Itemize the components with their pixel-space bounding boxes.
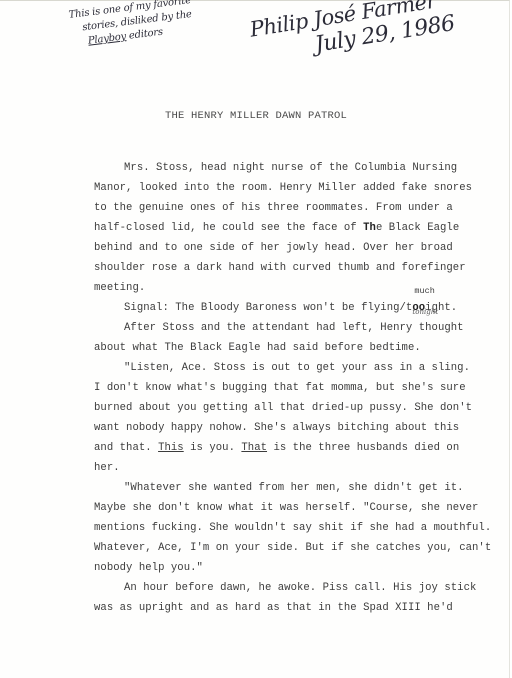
text-fragment: half-closed lid, he could see the face o… bbox=[94, 222, 363, 234]
text-line: An hour before dawn, he awoke. Piss call… bbox=[94, 578, 464, 598]
inserted-word: much bbox=[414, 287, 435, 296]
underlined-text: This bbox=[158, 442, 184, 454]
text-fragment: e Black Eagle bbox=[376, 222, 459, 234]
underlined-text: That bbox=[241, 442, 267, 454]
text-line: I don't know what's bugging that fat mom… bbox=[94, 378, 464, 398]
text-line: shoulder rose a dark hand with curved th… bbox=[94, 258, 464, 278]
text-fragment: and that. bbox=[94, 442, 158, 454]
story-body: Mrs. Stoss, head night nurse of the Colu… bbox=[94, 158, 464, 618]
author-signature: Philip José Farmer July 29, 1986 bbox=[248, 0, 457, 68]
document-page: This is one of my favorite stories, disl… bbox=[0, 0, 510, 678]
story-title: THE HENRY MILLER DAWN PATROL bbox=[0, 110, 512, 122]
text-line: about what The Black Eagle had said befo… bbox=[94, 338, 464, 358]
text-line: "Whatever she wanted from her men, she d… bbox=[94, 478, 464, 498]
text-line: nobody help you." bbox=[94, 558, 464, 578]
text-line: to the genuine ones of his three roommat… bbox=[94, 198, 464, 218]
overtyped-text: Th bbox=[363, 222, 376, 234]
text-line: Manor, looked into the room. Henry Mille… bbox=[94, 178, 464, 198]
annotation-underlined-word: Playboy bbox=[87, 31, 126, 47]
text-line: half-closed lid, he could see the face o… bbox=[94, 218, 464, 238]
text-line: meeting. bbox=[94, 278, 464, 298]
text-fragment: Signal: The Bloody Baroness won't be fly… bbox=[124, 302, 412, 314]
text-line: was as upright and as hard as that in th… bbox=[94, 598, 464, 618]
text-line: burned about you getting all that dried-… bbox=[94, 398, 464, 418]
text-line: Mrs. Stoss, head night nurse of the Colu… bbox=[94, 158, 464, 178]
text-line: Signal: The Bloody Baroness won't be fly… bbox=[94, 298, 464, 318]
handwritten-correction: tonight bbox=[412, 308, 438, 316]
text-fragment: is the three husbands died on bbox=[267, 442, 459, 454]
text-line: and that. This is you. That is the three… bbox=[94, 438, 464, 458]
text-line: Maybe she don't know what it was herself… bbox=[94, 498, 464, 518]
text-line: her. bbox=[94, 458, 464, 478]
text-line: After Stoss and the attendant had left, … bbox=[94, 318, 464, 338]
handwritten-edit: muchootonight bbox=[412, 298, 425, 318]
text-fragment: is you. bbox=[184, 442, 242, 454]
text-line: behind and to one side of her jowly head… bbox=[94, 238, 464, 258]
text-line: mentions fucking. She wouldn't say shit … bbox=[94, 518, 464, 538]
annotation-word: editors bbox=[128, 27, 163, 42]
text-line: want nobody happy nohow. She's always bi… bbox=[94, 418, 464, 438]
handwritten-annotation: This is one of my favorite stories, disl… bbox=[68, 0, 242, 51]
text-line: "Listen, Ace. Stoss is out to get your a… bbox=[94, 358, 464, 378]
text-line: Whatever, Ace, I'm on your side. But if … bbox=[94, 538, 464, 558]
